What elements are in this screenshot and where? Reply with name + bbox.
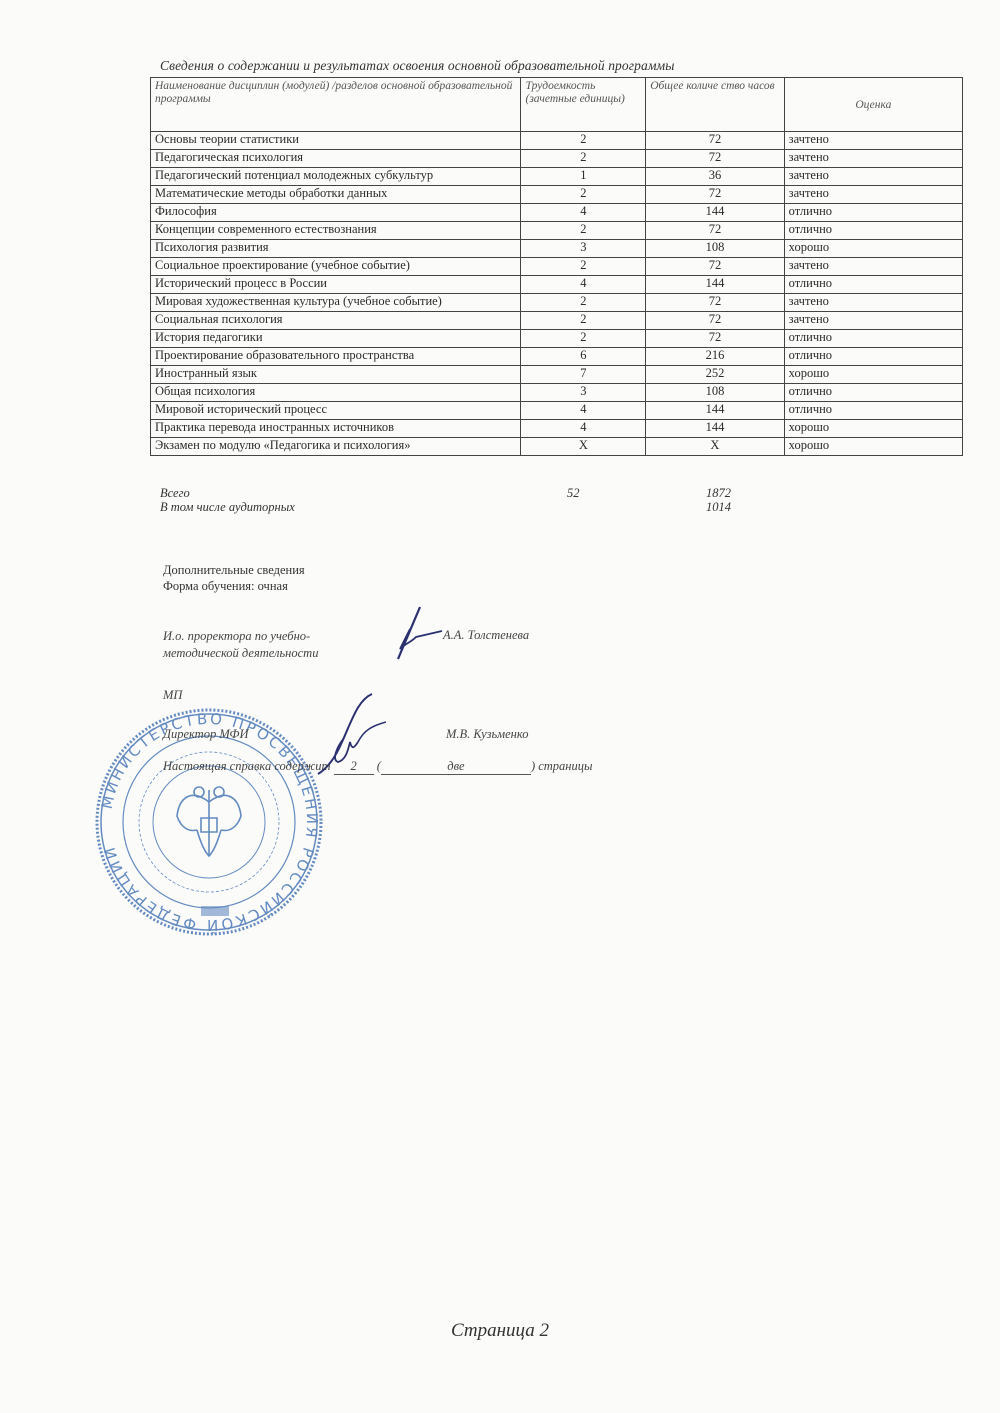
grade-cell: отлично xyxy=(784,330,962,348)
total-units: 52 xyxy=(567,486,580,501)
table-row: Исторический процесс в России4144отлично xyxy=(151,276,963,294)
discipline-cell: Педагогическая психология xyxy=(151,150,521,168)
hours-cell: 252 xyxy=(646,366,784,384)
vice-rector-signature-icon xyxy=(388,603,448,663)
grade-cell: отлично xyxy=(784,222,962,240)
hours-cell: 216 xyxy=(646,348,784,366)
units-cell: 4 xyxy=(521,402,646,420)
units-cell: 4 xyxy=(521,420,646,438)
table-row: Общая психология3108отлично xyxy=(151,384,963,402)
grade-cell: отлично xyxy=(784,276,962,294)
hours-cell: 72 xyxy=(646,294,784,312)
discipline-cell: Практика перевода иностранных источников xyxy=(151,420,521,438)
pages-statement-prefix: Настоящая справка содержит xyxy=(163,759,331,773)
director-name: М.В. Кузьменко xyxy=(446,727,528,742)
hours-cell: 108 xyxy=(646,384,784,402)
units-cell: 2 xyxy=(521,258,646,276)
discipline-cell: Экзамен по модулю «Педагогика и психолог… xyxy=(151,438,521,456)
table-row: Проектирование образовательного простран… xyxy=(151,348,963,366)
discipline-cell: Социальное проектирование (учебное событ… xyxy=(151,258,521,276)
hours-cell: 144 xyxy=(646,276,784,294)
table-row: Концепции современного естествознания272… xyxy=(151,222,963,240)
discipline-cell: Мировой исторический процесс xyxy=(151,402,521,420)
pages-words: две xyxy=(381,759,531,775)
vice-rector-title-line1: И.о. проректора по учебно- xyxy=(163,628,318,645)
discipline-cell: Социальная психология xyxy=(151,312,521,330)
study-form: Форма обучения: очная xyxy=(163,578,305,594)
hours-cell: 72 xyxy=(646,150,784,168)
table-row: История педагогики272отлично xyxy=(151,330,963,348)
grade-cell: зачтено xyxy=(784,150,962,168)
grade-cell: отлично xyxy=(784,402,962,420)
grade-cell: хорошо xyxy=(784,366,962,384)
vice-rector-title: И.о. проректора по учебно- методической … xyxy=(163,628,318,662)
units-cell: 2 xyxy=(521,312,646,330)
units-cell: 1 xyxy=(521,168,646,186)
discipline-cell: Мировая художественная культура (учебное… xyxy=(151,294,521,312)
table-row: Педагогический потенциал молодежных субк… xyxy=(151,168,963,186)
discipline-cell: Психология развития xyxy=(151,240,521,258)
units-cell: 2 xyxy=(521,150,646,168)
vice-rector-title-line2: методической деятельности xyxy=(163,645,318,662)
vice-rector-name: А.А. Толстенева xyxy=(443,628,529,643)
grade-cell: хорошо xyxy=(784,438,962,456)
discipline-cell: Проектирование образовательного простран… xyxy=(151,348,521,366)
grade-cell: хорошо xyxy=(784,240,962,258)
hours-cell: 144 xyxy=(646,402,784,420)
additional-info: Дополнительные сведения Форма обучения: … xyxy=(163,562,305,594)
table-row: Социальное проектирование (учебное событ… xyxy=(151,258,963,276)
table-row: Мировая художественная культура (учебное… xyxy=(151,294,963,312)
hours-cell: X xyxy=(646,438,784,456)
section-title: Сведения о содержании и результатах осво… xyxy=(160,58,675,74)
grade-cell: отлично xyxy=(784,348,962,366)
grade-cell: зачтено xyxy=(784,186,962,204)
table-row: Психология развития3108хорошо xyxy=(151,240,963,258)
discipline-cell: Педагогический потенциал молодежных субк… xyxy=(151,168,521,186)
units-cell: 3 xyxy=(521,240,646,258)
pages-statement: Настоящая справка содержит 2 (две) стран… xyxy=(163,759,592,775)
discipline-cell: Исторический процесс в России xyxy=(151,276,521,294)
units-cell: 2 xyxy=(521,186,646,204)
units-cell: 3 xyxy=(521,384,646,402)
hours-cell: 72 xyxy=(646,186,784,204)
table-row: Мировой исторический процесс4144отлично xyxy=(151,402,963,420)
hours-cell: 72 xyxy=(646,312,784,330)
grade-cell: зачтено xyxy=(784,168,962,186)
hours-cell: 144 xyxy=(646,420,784,438)
header-total-hours: Общее количе ство часов xyxy=(646,78,784,132)
units-cell: X xyxy=(521,438,646,456)
hours-cell: 108 xyxy=(646,240,784,258)
table-row: Практика перевода иностранных источников… xyxy=(151,420,963,438)
total-label: Всего xyxy=(160,486,190,501)
pages-number: 2 xyxy=(334,759,374,775)
header-discipline: Наименование дисциплин (модулей) /раздел… xyxy=(151,78,521,132)
table-header-row: Наименование дисциплин (модулей) /раздел… xyxy=(151,78,963,132)
grade-cell: отлично xyxy=(784,384,962,402)
units-cell: 2 xyxy=(521,330,646,348)
hours-cell: 72 xyxy=(646,330,784,348)
discipline-cell: Общая психология xyxy=(151,384,521,402)
grade-cell: зачтено xyxy=(784,132,962,150)
discipline-cell: Философия xyxy=(151,204,521,222)
hours-cell: 36 xyxy=(646,168,784,186)
units-cell: 7 xyxy=(521,366,646,384)
grade-cell: зачтено xyxy=(784,258,962,276)
additional-info-heading: Дополнительные сведения xyxy=(163,562,305,578)
grade-cell: хорошо xyxy=(784,420,962,438)
grades-table: Наименование дисциплин (модулей) /раздел… xyxy=(150,77,963,456)
header-grade: Оценка xyxy=(784,78,962,132)
table-row: Основы теории статистики272зачтено xyxy=(151,132,963,150)
discipline-cell: Иностранный язык xyxy=(151,366,521,384)
auditory-label: В том числе аудиторных xyxy=(160,500,295,515)
director-title: Директор МФИ xyxy=(163,727,249,742)
grade-cell: зачтено xyxy=(784,294,962,312)
grade-cell: зачтено xyxy=(784,312,962,330)
discipline-cell: Концепции современного естествознания xyxy=(151,222,521,240)
table-row: Иностранный язык7252хорошо xyxy=(151,366,963,384)
units-cell: 4 xyxy=(521,276,646,294)
units-cell: 2 xyxy=(521,294,646,312)
table-row: Математические методы обработки данных27… xyxy=(151,186,963,204)
hours-cell: 72 xyxy=(646,222,784,240)
discipline-cell: История педагогики xyxy=(151,330,521,348)
pages-statement-suffix: страницы xyxy=(538,759,592,773)
document-page: Сведения о содержании и результатах осво… xyxy=(0,0,1000,1413)
units-cell: 6 xyxy=(521,348,646,366)
table-row: Социальная психология272зачтено xyxy=(151,312,963,330)
hours-cell: 72 xyxy=(646,258,784,276)
totals-block: Всего 52 1872 В том числе аудиторных 101… xyxy=(160,486,760,514)
auditory-hours: 1014 xyxy=(706,500,731,515)
discipline-cell: Математические методы обработки данных xyxy=(151,186,521,204)
page-number-footer: Страница 2 xyxy=(0,1320,1000,1342)
table-row: Экзамен по модулю «Педагогика и психолог… xyxy=(151,438,963,456)
units-cell: 2 xyxy=(521,222,646,240)
grade-cell: отлично xyxy=(784,204,962,222)
seal-label: МП xyxy=(163,688,182,703)
total-hours: 1872 xyxy=(706,486,731,501)
hours-cell: 144 xyxy=(646,204,784,222)
header-credit-units: Трудоемкость (зачетные единицы) xyxy=(521,78,646,132)
table-row: Педагогическая психология272зачтено xyxy=(151,150,963,168)
units-cell: 4 xyxy=(521,204,646,222)
discipline-cell: Основы теории статистики xyxy=(151,132,521,150)
units-cell: 2 xyxy=(521,132,646,150)
table-row: Философия4144отлично xyxy=(151,204,963,222)
hours-cell: 72 xyxy=(646,132,784,150)
